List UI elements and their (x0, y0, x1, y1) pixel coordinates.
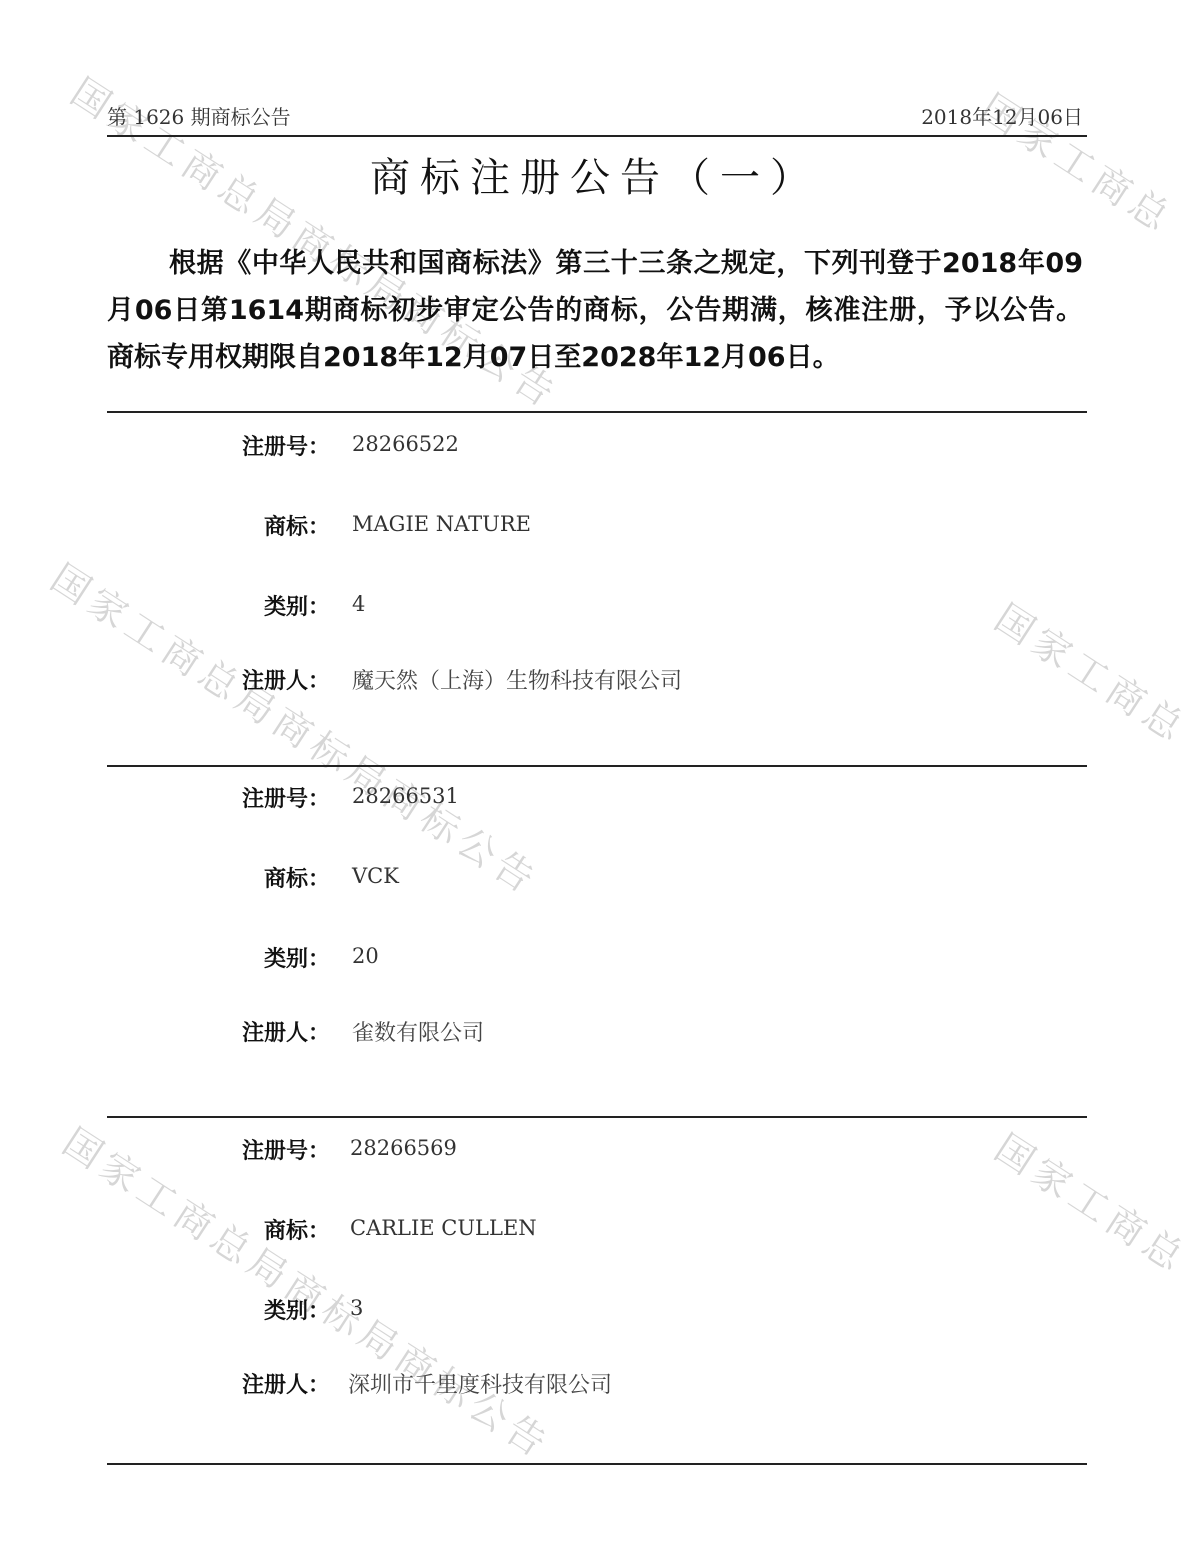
issue-date: 2018年12月06日 (921, 101, 1083, 130)
intro-paragraph: 根据《中华人民共和国商标法》第三十三条之规定，下列刊登于2018年09月06日第… (107, 240, 1083, 381)
reg-no-label: 注册号： (242, 787, 330, 812)
reg-no-label: 注册号： (242, 1139, 330, 1164)
registrant-label: 注册人： (242, 669, 330, 694)
registrant-label: 注册人： (242, 1373, 330, 1398)
trademark-value: CARLIE CULLEN (350, 1216, 537, 1240)
trademark-value: VCK (352, 864, 399, 888)
class-label: 类别： (264, 1299, 330, 1324)
trademark-label: 商标： (264, 867, 330, 892)
reg-no-value: 28266522 (352, 432, 459, 456)
class-value: 3 (350, 1296, 363, 1320)
page-title: 商标注册公告（一） (0, 146, 1190, 203)
watermark: 国家工商总局商标局商标公告 (54, 1112, 564, 1470)
page-header: 第 1626 期商标公告 2018年12月06日 (107, 96, 1083, 130)
class-value: 20 (352, 944, 379, 968)
class-label: 类别： (264, 595, 330, 620)
section-divider (107, 411, 1087, 413)
registrant-value: 深圳市千里度科技有限公司 (348, 1368, 612, 1399)
reg-no-value: 28266531 (352, 784, 459, 808)
issue-number: 第 1626 期商标公告 (107, 101, 291, 130)
section-divider (107, 1116, 1087, 1118)
class-value: 4 (352, 592, 365, 616)
class-label: 类别： (264, 947, 330, 972)
reg-no-value: 28266569 (350, 1136, 457, 1160)
header-divider (107, 135, 1087, 137)
registrant-value: 雀数有限公司 (352, 1016, 484, 1047)
trademark-label: 商标： (264, 1219, 330, 1244)
reg-no-label: 注册号： (242, 435, 330, 460)
watermark: 国家工商总 (986, 588, 1190, 754)
section-divider (107, 765, 1087, 767)
registrant-value: 魔天然（上海）生物科技有限公司 (352, 664, 682, 695)
trademark-value: MAGIE NATURE (352, 512, 531, 536)
registrant-label: 注册人： (242, 1021, 330, 1046)
watermark: 国家工商总 (986, 1118, 1190, 1284)
footer-divider (107, 1463, 1087, 1465)
trademark-label: 商标： (264, 515, 330, 540)
